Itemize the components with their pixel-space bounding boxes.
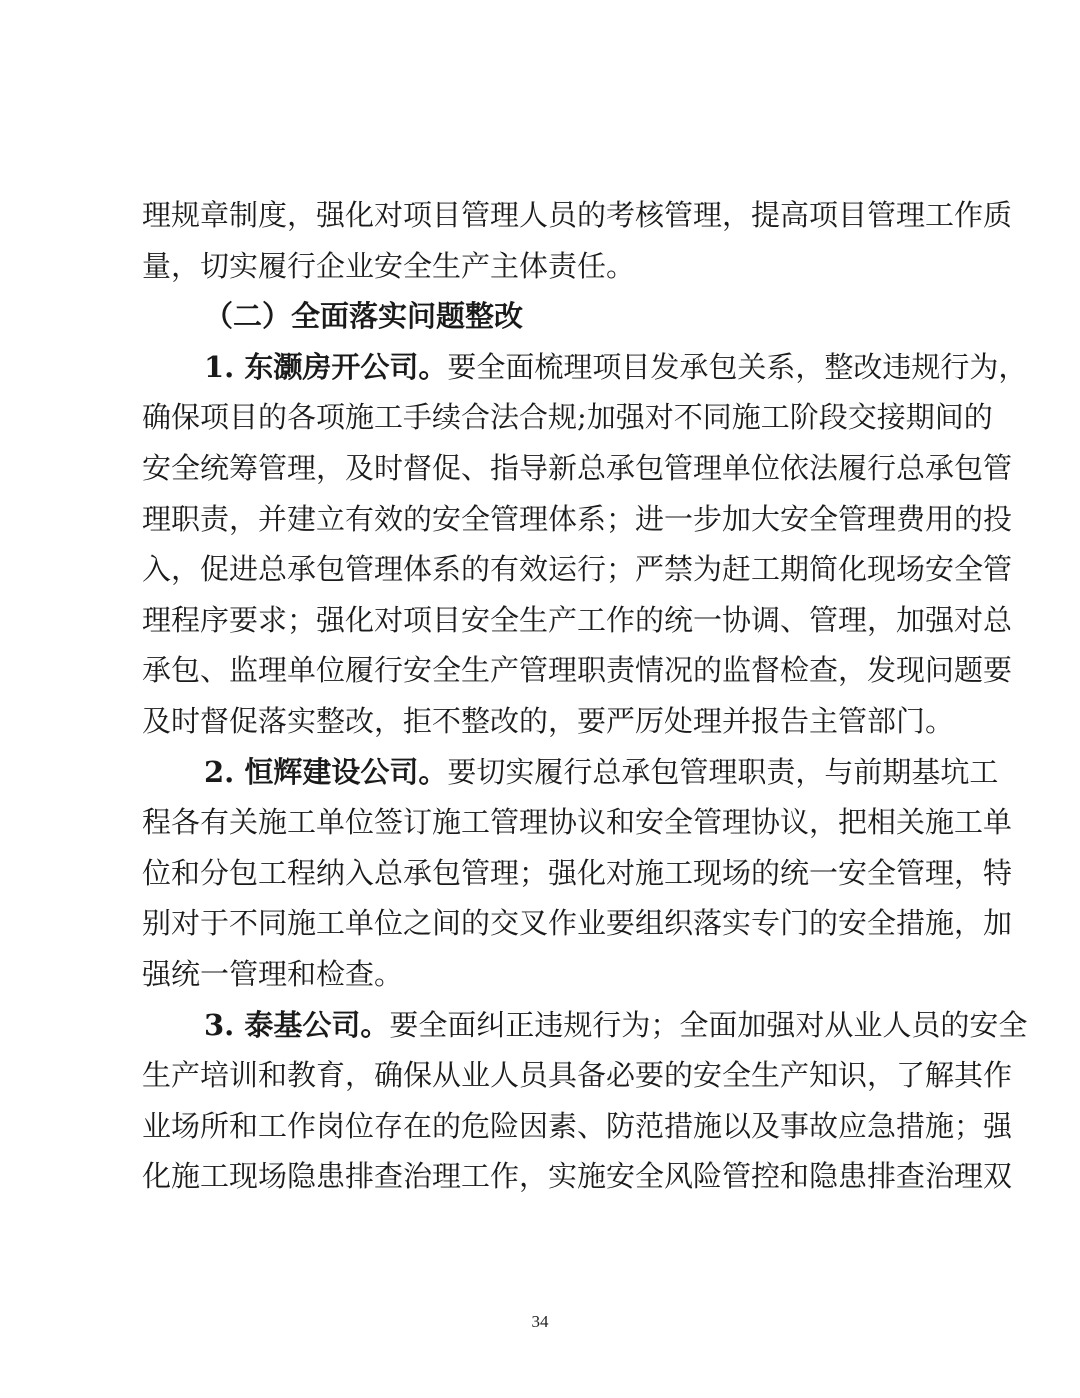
paragraph-line: 业场所和工作岗位存在的危险因素、防范措施以及事故应急措施；强 [142,1101,952,1152]
paragraph-line: 位和分包工程纳入总承包管理；强化对施工现场的统一安全管理，特 [142,848,952,899]
paragraph-line: 理规章制度，强化对项目管理人员的考核管理，提高项目管理工作质 [142,190,952,241]
item-text: 要全面梳理项目发承包关系，整改违规行为， [447,350,1027,384]
item-text: 要切实履行总承包管理职责，与前期基坑工 [447,755,998,789]
paragraph-line: 及时督促落实整改，拒不整改的，要严厉处理并报告主管部门。 [142,696,952,747]
item-lead: 2. 恒辉建设公司。 [204,755,447,789]
paragraph-line: 确保项目的各项施工手续合法合规;加强对不同施工阶段交接期间的 [142,392,952,443]
paragraph-line: 化施工现场隐患排查治理工作，实施安全风险管控和隐患排查治理双 [142,1151,952,1202]
document-page: 理规章制度，强化对项目管理人员的考核管理，提高项目管理工作质 量，切实履行企业安… [142,190,952,1202]
item-lead: 1. 东灏房开公司。 [204,350,447,384]
paragraph-line: 理程序要求；强化对项目安全生产工作的统一协调、管理，加强对总 [142,595,952,646]
item-lead: 3. 泰基公司。 [204,1008,389,1042]
numbered-paragraph-first-line: 3. 泰基公司。要全面纠正违规行为；全面加强对从业人员的安全 [142,1000,952,1051]
numbered-paragraph-first-line: 2. 恒辉建设公司。要切实履行总承包管理职责，与前期基坑工 [142,747,952,798]
paragraph-line: 安全统筹管理，及时督促、指导新总承包管理单位依法履行总承包管 [142,443,952,494]
section-heading: （二）全面落实问题整改 [142,291,952,342]
paragraph-line: 程各有关施工单位签订施工管理协议和安全管理协议，把相关施工单 [142,797,952,848]
paragraph-line: 理职责，并建立有效的安全管理体系；进一步加大安全管理费用的投 [142,494,952,545]
paragraph-line: 强统一管理和检查。 [142,949,952,1000]
numbered-paragraph-first-line: 1. 东灏房开公司。要全面梳理项目发承包关系，整改违规行为， [142,342,952,393]
paragraph-line: 承包、监理单位履行安全生产管理职责情况的监督检查，发现问题要 [142,645,952,696]
paragraph-line: 生产培训和教育，确保从业人员具备必要的安全生产知识，了解其作 [142,1050,952,1101]
item-text: 要全面纠正违规行为；全面加强对从业人员的安全 [389,1008,1027,1042]
paragraph-line: 量，切实履行企业安全生产主体责任。 [142,241,952,292]
paragraph-line: 入，促进总承包管理体系的有效运行；严禁为赶工期简化现场安全管 [142,544,952,595]
paragraph-line: 别对于不同施工单位之间的交叉作业要组织落实专门的安全措施，加 [142,898,952,949]
page-number: 34 [0,1312,1080,1332]
